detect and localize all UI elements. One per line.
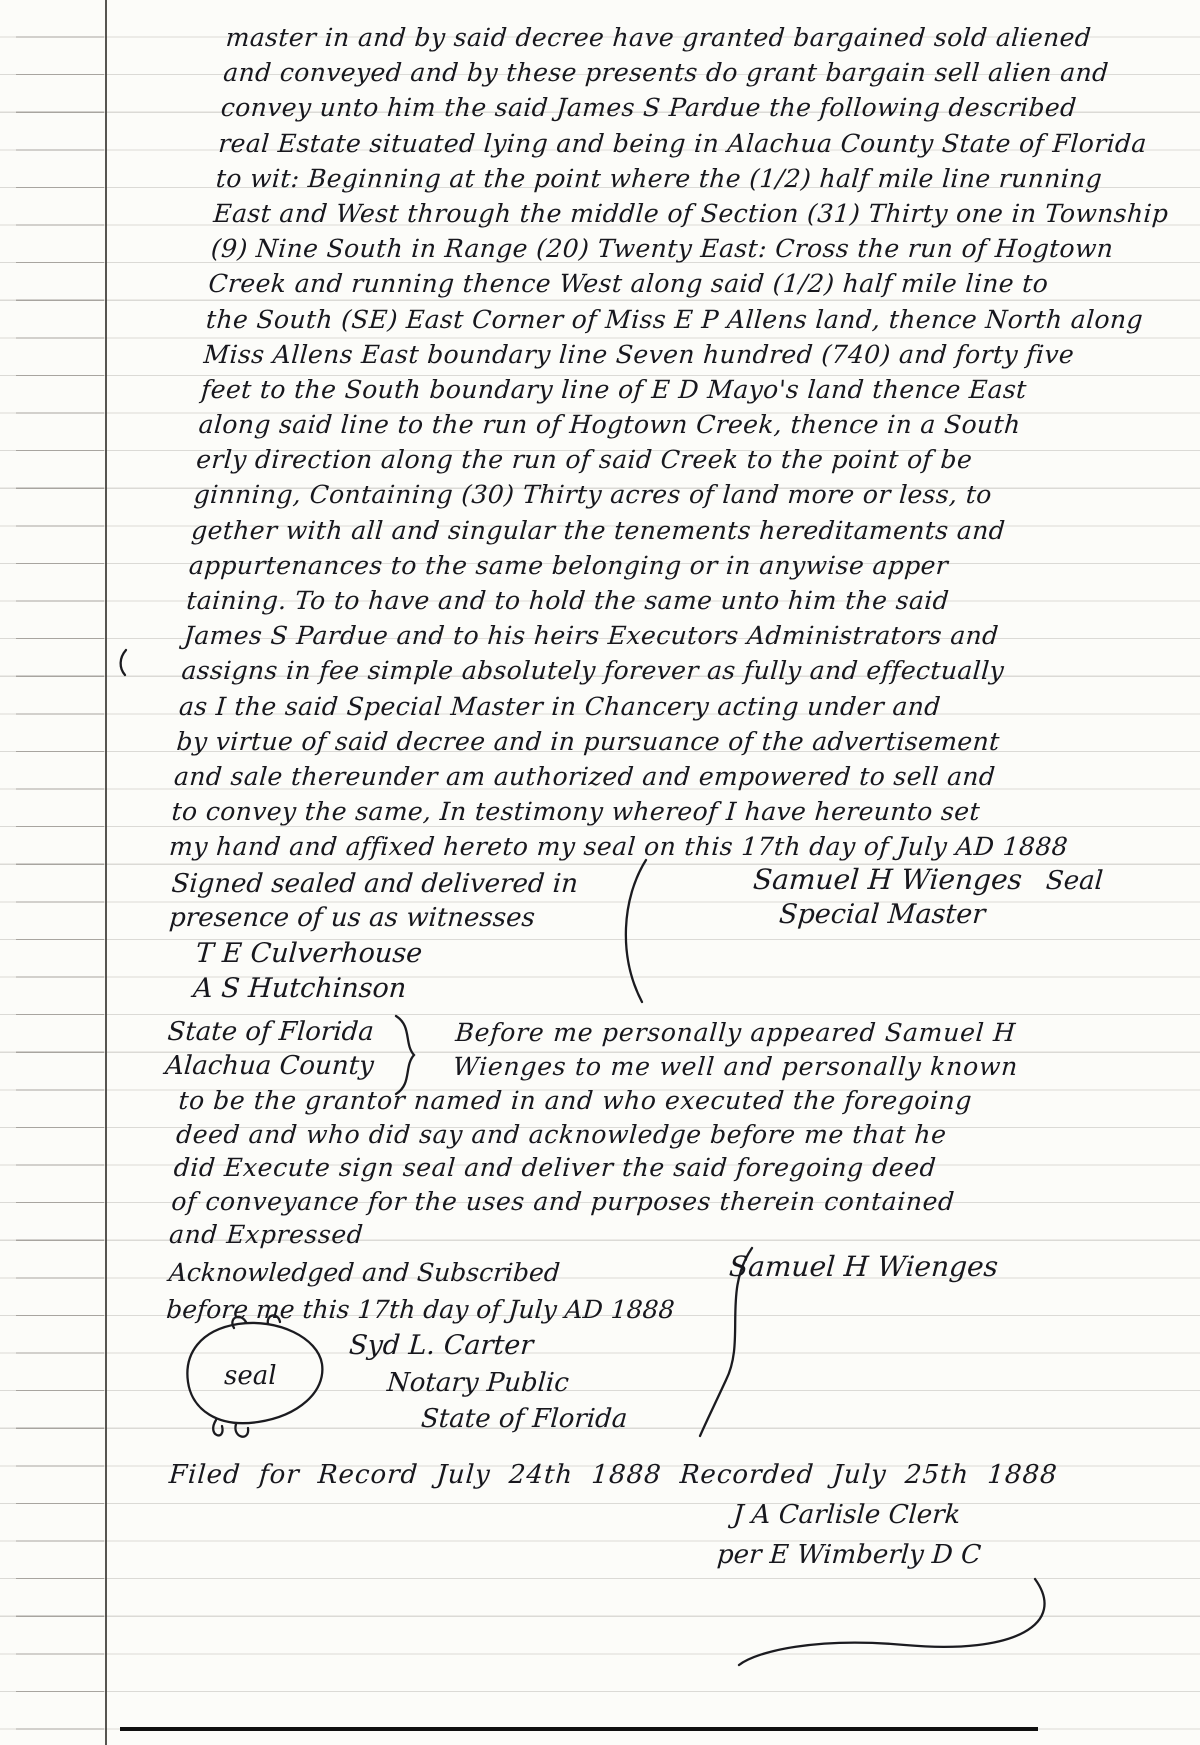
deed-body-line: convey unto him the said James S Pardue … (220, 90, 1177, 125)
acknowledgment-body: to be the grantor named in and who execu… (168, 1084, 973, 1252)
notary-signature: Syd L. Carter (348, 1330, 534, 1361)
deed-body-line: master in and by said decree have grante… (225, 20, 1182, 55)
margin-rule-line (105, 0, 107, 1745)
acknowledgment-line: did Execute sign seal and deliver the sa… (173, 1151, 969, 1185)
acknowledgment-venue: State of FloridaAlachua County (164, 1016, 377, 1083)
deed-body-line: to convey the same, In testimony whereof… (170, 794, 1127, 829)
deed-body-line: erly direction along the run of said Cre… (195, 442, 1152, 477)
deed-body-line: as I the said Special Master in Chancery… (178, 689, 1135, 724)
acknowledgment-line: Acknowledged and Subscribed (168, 1254, 679, 1291)
deed-body-line: feet to the South boundary line of E D M… (200, 372, 1157, 407)
deed-body-line: (9) Nine South in Range (20) Twenty East… (210, 231, 1167, 266)
witness-signatures: T E CulverhouseA S Hutchinson (192, 936, 423, 1006)
grantor-signature-name: Samuel H Wienges (752, 863, 1023, 896)
acknowledgment-line: deed and who did say and acknowledge bef… (175, 1118, 971, 1152)
deed-body-line: ginning, Containing (30) Thirty acres of… (193, 477, 1150, 512)
deed-body-line: taining. To to have and to hold the same… (185, 583, 1142, 618)
deed-body-line: real Estate situated lying and being in … (217, 126, 1174, 161)
deputy-clerk-signature: per E Wimberly D C (716, 1540, 982, 1570)
grantor-signature-title: Special Master (778, 899, 986, 930)
deed-body-line: assigns in fee simple absolutely forever… (180, 653, 1137, 688)
acknowledgment-opening: Before me personally appeared Samuel HWi… (452, 1016, 1022, 1083)
attestation-brace (612, 856, 654, 1008)
clerk-signature: J A Carlisle Clerk (732, 1500, 961, 1530)
deed-body-line: to wit: Beginning at the point where the… (215, 161, 1172, 196)
deed-body-line: Creek and running thence West along said… (207, 266, 1164, 301)
attestation-line: presence of us as witnesses (168, 902, 577, 936)
deed-body-text: master in and by said decree have grante… (168, 20, 1182, 865)
deed-body-line: along said line to the run of Hogtown Cr… (198, 407, 1155, 442)
acknowledgment-line: and Expressed (168, 1218, 964, 1252)
deed-body-line: and sale thereunder am authorized and em… (173, 759, 1130, 794)
notary-title: Notary Public (386, 1368, 570, 1398)
venue-line: Alachua County (164, 1050, 375, 1084)
acknowledgment-line: to be the grantor named in and who execu… (177, 1084, 973, 1118)
acknowledgment-line: Before me personally appeared Samuel H (454, 1016, 1021, 1050)
deed-body-line: the South (SE) East Corner of Miss E P A… (205, 302, 1162, 337)
witness-signature: A S Hutchinson (192, 971, 421, 1006)
deed-body-line: Miss Allens East boundary line Seven hun… (202, 337, 1159, 372)
notary-seal-scribble: seal (176, 1312, 356, 1444)
attestation-clause: Signed sealed and delivered inpresence o… (168, 868, 579, 935)
grantor-signature: Samuel H WiengesSeal (752, 863, 1104, 896)
acknowledgment-signature: Samuel H Wienges (728, 1250, 999, 1283)
witness-signature: T E Culverhouse (194, 936, 423, 971)
page-edge-line (120, 1727, 1038, 1731)
deed-body-line: gether with all and singular the tenemen… (190, 513, 1147, 548)
margin-pen-mark (116, 648, 130, 678)
deed-body-line: by virtue of said decree and in pursuanc… (175, 724, 1132, 759)
attestation-line: Signed sealed and delivered in (170, 868, 579, 902)
seal-label: seal (224, 1361, 277, 1391)
seal-word: Seal (1045, 866, 1104, 896)
left-margin-ruling (16, 0, 104, 1745)
venue-line: State of Florida (166, 1016, 377, 1050)
deed-body-line: East and West through the middle of Sect… (212, 196, 1169, 231)
recording-stamp-line: Filed for Record July 24th 1888 Recorded… (168, 1460, 1059, 1490)
signature-flourish (735, 1575, 1075, 1670)
acknowledgment-line: of conveyance for the uses and purposes … (170, 1185, 966, 1219)
deed-body-line: appurtenances to the same belonging or i… (188, 548, 1145, 583)
scanned-deed-page: master in and by said decree have grante… (0, 0, 1200, 1745)
notary-state: State of Florida (420, 1404, 628, 1434)
deed-body-line: and conveyed and by these presents do gr… (222, 55, 1179, 90)
acknowledgment-line: Wienges to me well and personally known (452, 1050, 1019, 1084)
deed-body-line: James S Pardue and to his heirs Executor… (183, 618, 1140, 653)
